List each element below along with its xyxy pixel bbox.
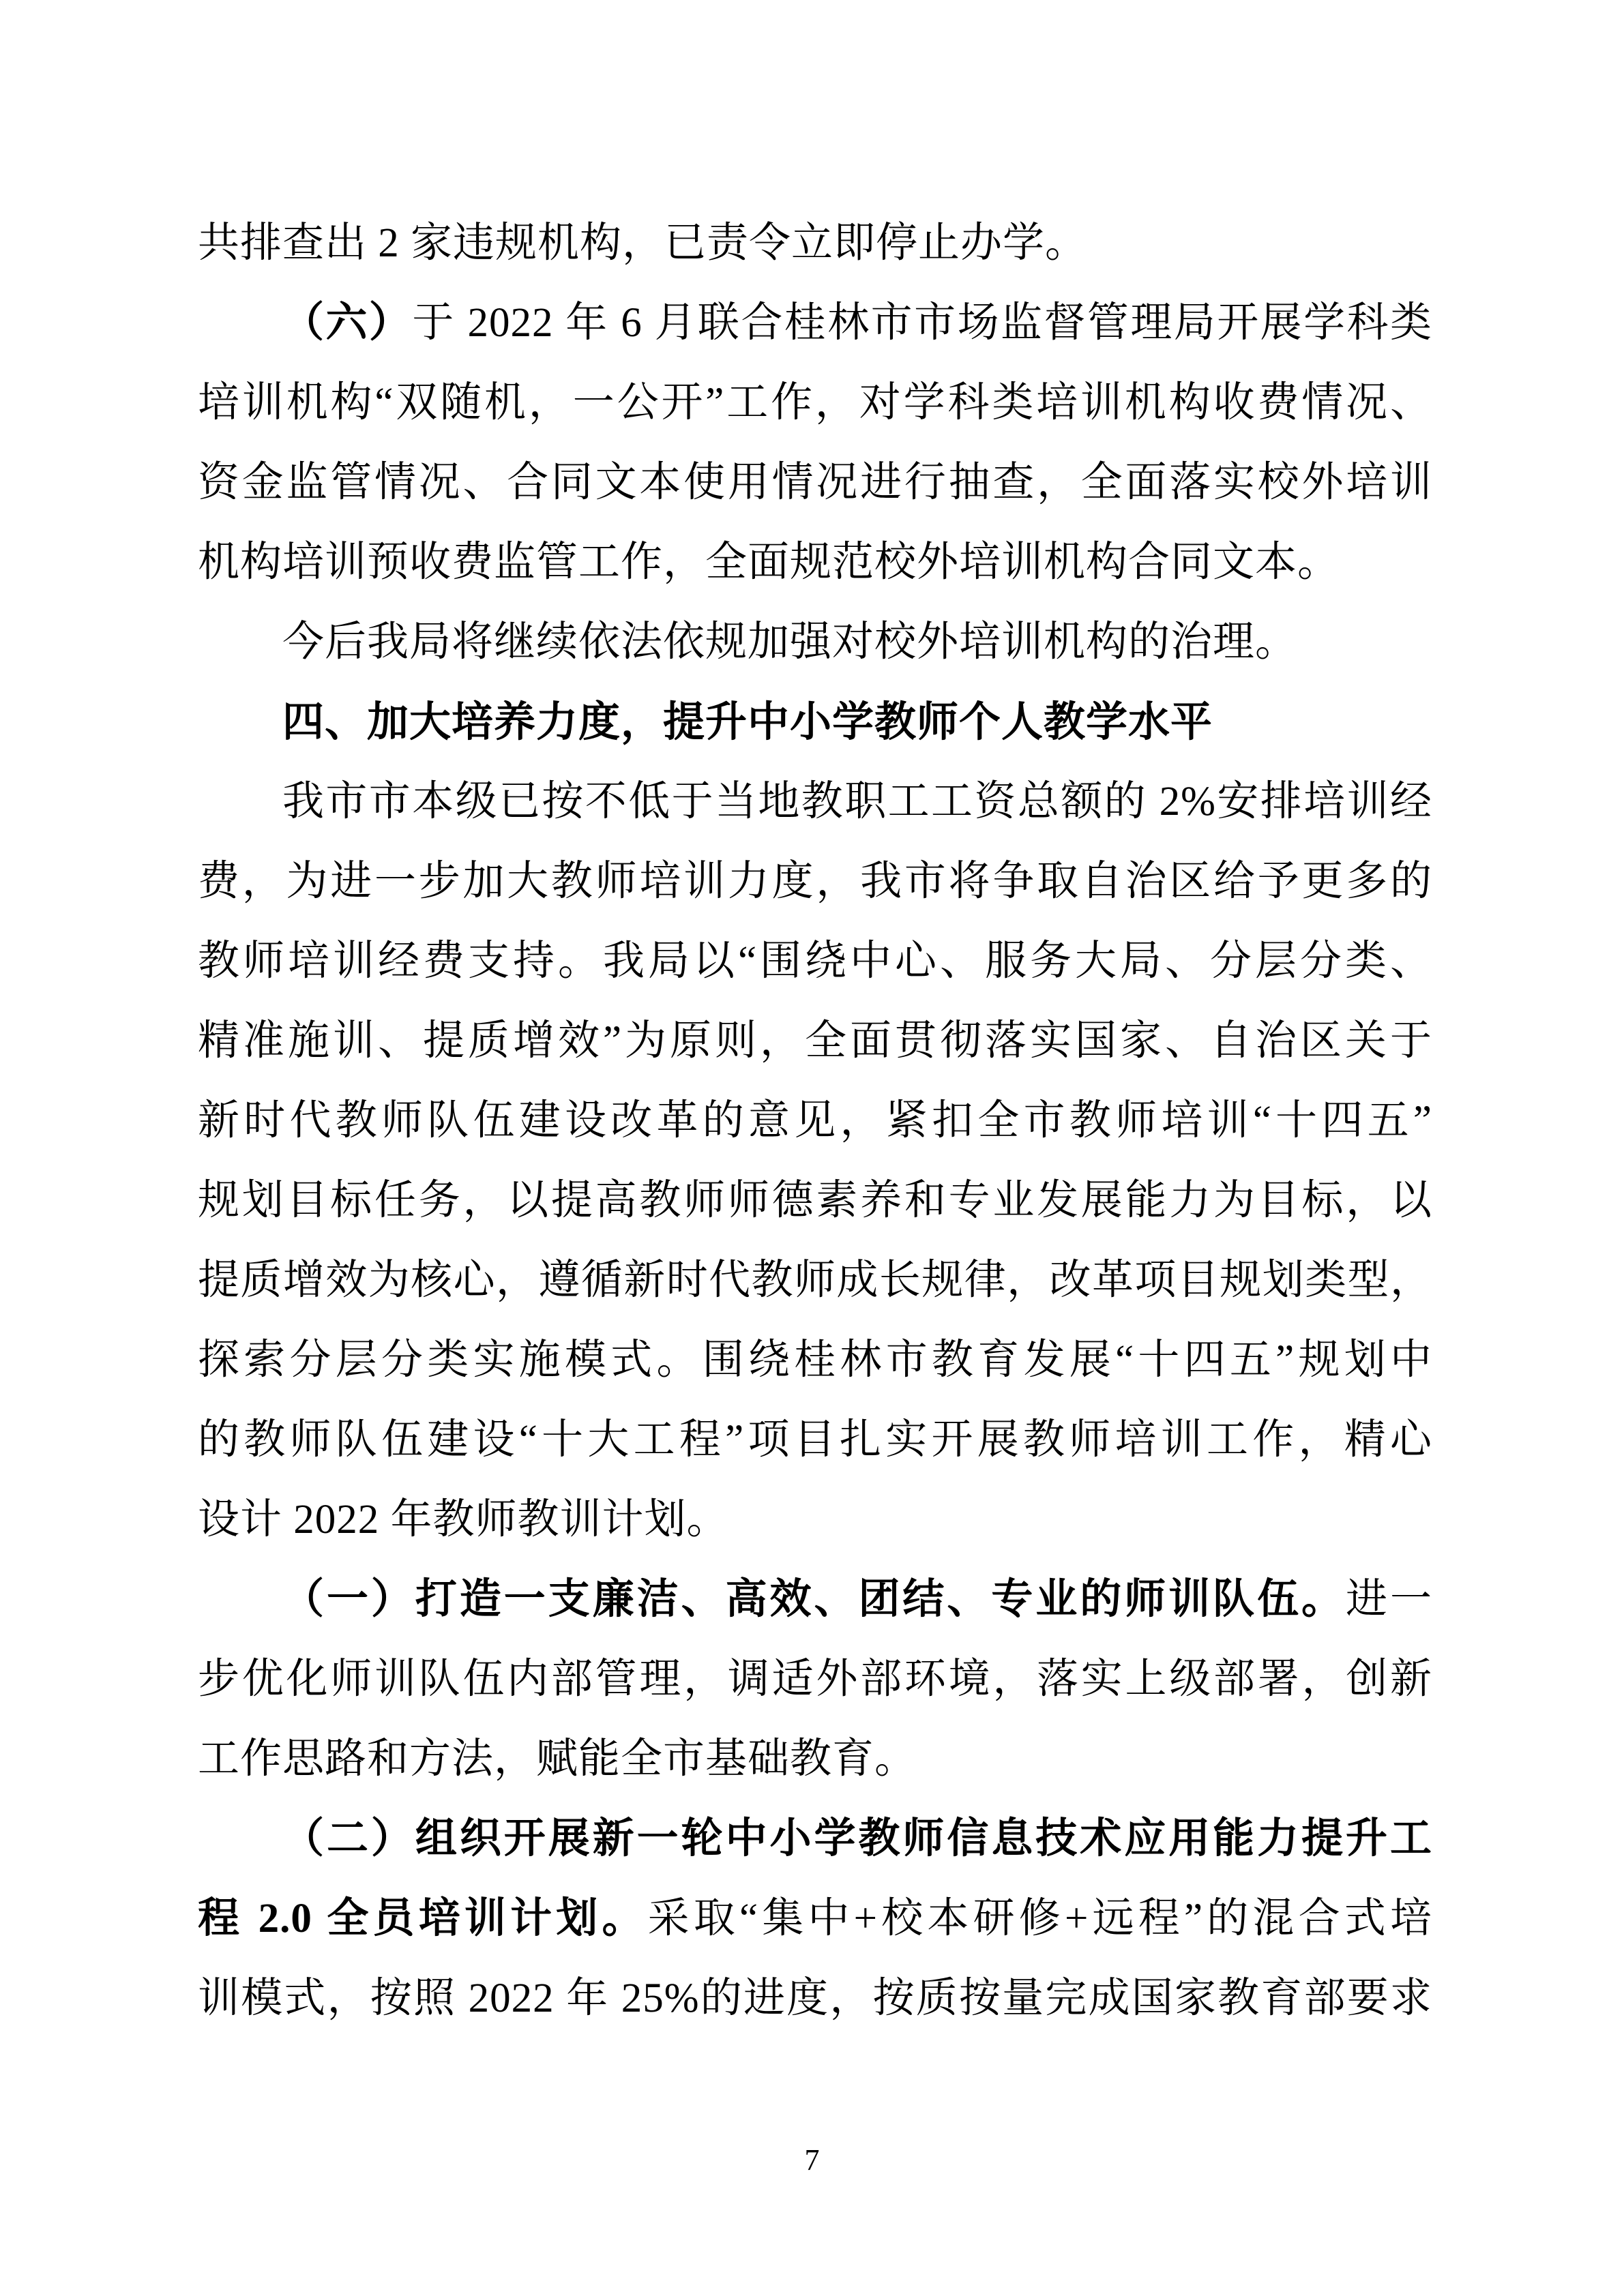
section-heading: 四、加大培养力度，提升中小学教师个人教学水平: [198, 682, 1432, 762]
bold-text-segment: 程 2.0 全员培训计划。: [198, 1896, 648, 1941]
text-line: 程 2.0 全员培训计划。采取“集中+校本研修+远程”的混合式培: [198, 1879, 1432, 1958]
text-line: 培训机构“双随机，一公开”工作，对学科类培训机构收费情况、: [198, 363, 1432, 443]
text-segment: 资金监管情况、合同文本使用情况进行抽查，全面落实校外培训: [198, 460, 1432, 505]
text-line: 设计 2022 年教师教训计划。: [198, 1480, 1432, 1560]
text-line: 精准施训、提质增效”为原则，全面贯彻落实国家、自治区关于: [198, 1001, 1432, 1081]
text-line: 今后我局将继续依法依规加强对校外培训机构的治理。: [198, 602, 1432, 682]
text-segment: 提质增效为核心，遵循新时代教师成长规律，改革项目规划类型，: [198, 1257, 1432, 1303]
text-segment: 探索分层分类实施模式。围绕桂林市教育发展“十四五”规划中: [198, 1337, 1432, 1383]
document-page: 共排查出 2 家违规机构，已责令立即停止办学。（六）于 2022 年 6 月联合…: [0, 0, 1624, 2296]
text-segment: 训模式，按照 2022 年 25%的进度，按质按量完成国家教育部要求: [198, 1976, 1432, 2021]
text-segment: 新时代教师队伍建设改革的意见，紧扣全市教师培训“十四五”: [198, 1098, 1432, 1144]
text-segment: 设计 2022 年教师教训计划。: [198, 1497, 729, 1542]
text-segment: 精准施训、提质增效”为原则，全面贯彻落实国家、自治区关于: [198, 1018, 1432, 1064]
text-segment: 进一: [1346, 1577, 1432, 1622]
text-segment: 共排查出 2 家违规机构，已责令立即停止办学。: [198, 220, 1087, 266]
text-line: 训模式，按照 2022 年 25%的进度，按质按量完成国家教育部要求: [198, 1958, 1432, 2038]
text-segment: 教师培训经费支持。我局以“围绕中心、服务大局、分层分类、: [198, 938, 1432, 984]
text-segment: 采取“集中+校本研修+远程”的混合式培: [648, 1896, 1432, 1941]
text-segment: 步优化师训队伍内部管理，调适外部环境，落实上级部署，创新: [198, 1656, 1432, 1702]
text-line: 机构培训预收费监管工作，全面规范校外培训机构合同文本。: [198, 522, 1432, 602]
text-segment: 工作思路和方法，赋能全市基础教育。: [198, 1736, 917, 1782]
text-segment: 今后我局将继续依法依规加强对校外培训机构的治理。: [282, 619, 1297, 665]
bold-text-segment: 四、加大培养力度，提升中小学教师个人教学水平: [282, 698, 1213, 745]
text-segment: 培训机构“双随机，一公开”工作，对学科类培训机构收费情况、: [198, 380, 1432, 426]
bold-text-segment: （二）组织开展新一轮中小学教师信息技术应用能力提升工: [282, 1816, 1432, 1862]
text-segment: 于 2022 年 6 月联合桂林市市场监督管理局开展学科类: [412, 300, 1432, 346]
text-line: 费，为进一步加大教师培训力度，我市将争取自治区给予更多的: [198, 841, 1432, 921]
text-line: 资金监管情况、合同文本使用情况进行抽查，全面落实校外培训: [198, 443, 1432, 522]
text-line: 新时代教师队伍建设改革的意见，紧扣全市教师培训“十四五”: [198, 1081, 1432, 1161]
text-segment: 我市市本级已按不低于当地教职工工资总额的 2%安排培训经: [282, 779, 1432, 824]
text-line: （一）打造一支廉洁、高效、团结、专业的师训队伍。进一: [198, 1560, 1432, 1639]
text-segment: 机构培训预收费监管工作，全面规范校外培训机构合同文本。: [198, 539, 1340, 585]
text-line: 提质增效为核心，遵循新时代教师成长规律，改革项目规划类型，: [198, 1240, 1432, 1320]
text-line: （二）组织开展新一轮中小学教师信息技术应用能力提升工: [198, 1799, 1432, 1879]
text-line: （六）于 2022 年 6 月联合桂林市市场监督管理局开展学科类: [198, 283, 1432, 363]
bold-text-segment: （六）: [282, 300, 412, 346]
text-line: 探索分层分类实施模式。围绕桂林市教育发展“十四五”规划中: [198, 1320, 1432, 1400]
text-line: 我市市本级已按不低于当地教职工工资总额的 2%安排培训经: [198, 762, 1432, 841]
text-segment: 费，为进一步加大教师培训力度，我市将争取自治区给予更多的: [198, 859, 1432, 904]
text-segment: 的教师队伍建设“十大工程”项目扎实开展教师培训工作，精心: [198, 1417, 1432, 1463]
page-number: 7: [0, 2140, 1624, 2181]
text-line: 共排查出 2 家违规机构，已责令立即停止办学。: [198, 203, 1432, 283]
text-line: 步优化师训队伍内部管理，调适外部环境，落实上级部署，创新: [198, 1639, 1432, 1719]
document-body: 共排查出 2 家违规机构，已责令立即停止办学。（六）于 2022 年 6 月联合…: [198, 203, 1432, 2038]
text-line: 教师培训经费支持。我局以“围绕中心、服务大局、分层分类、: [198, 921, 1432, 1001]
text-line: 工作思路和方法，赋能全市基础教育。: [198, 1719, 1432, 1799]
text-segment: 规划目标任务，以提高教师师德素养和专业发展能力为目标，以: [198, 1178, 1432, 1223]
text-line: 的教师队伍建设“十大工程”项目扎实开展教师培训工作，精心: [198, 1400, 1432, 1480]
text-line: 规划目标任务，以提高教师师德素养和专业发展能力为目标，以: [198, 1161, 1432, 1240]
bold-text-segment: （一）打造一支廉洁、高效、团结、专业的师训队伍。: [282, 1577, 1346, 1622]
